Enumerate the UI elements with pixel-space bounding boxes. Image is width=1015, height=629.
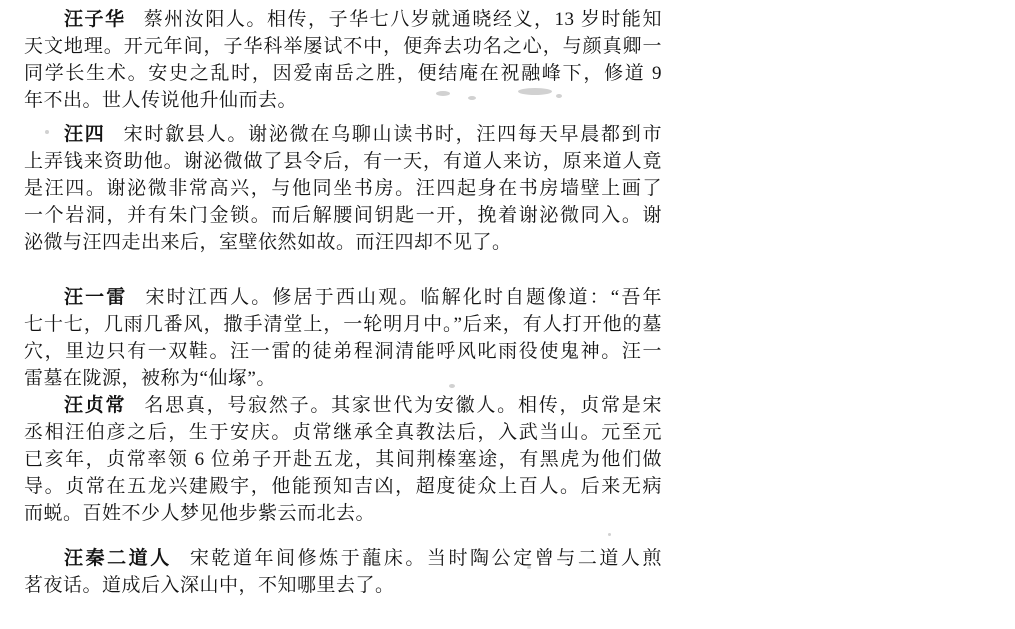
text-line: 而蜕。百姓不少人梦见他步紫云而北去。 (24, 500, 662, 527)
entry-paragraph: 汪贞常名思真，号寂然子。其家世代为安徽人。相传，贞常是宋丞相汪伯彦之后，生于安庆… (24, 392, 662, 527)
text-block: 汪子华蔡州汝阳人。相传，子华七八岁就通晓经义，13 岁时能知天文地理。开元年间，… (24, 6, 662, 599)
text-line: 雷墓在陇源，被称为“仙塚”。 (24, 365, 662, 392)
entry-body-text: 年不出。世人传说他升仙而去。 (24, 90, 297, 111)
entry-paragraph: 汪四宋时歙县人。谢泌微在乌聊山读书时，汪四每天早晨都到市上弄钱来资助他。谢泌微做… (24, 121, 662, 256)
scan-noise-speckle (45, 130, 49, 134)
entry-body-text: 一个岩洞，并有朱门金锁。而后解腰间钥匙一开，挽着谢泌微同入。谢 (24, 205, 662, 226)
entry-heading: 汪四 (64, 124, 106, 145)
entry-body-text: 穴，里边只有一双鞋。汪一雷的徒弟程洞清能呼风叱雨役使鬼神。汪一 (24, 341, 662, 362)
entry-heading: 汪一雷 (64, 287, 127, 308)
text-line: 穴，里边只有一双鞋。汪一雷的徒弟程洞清能呼风叱雨役使鬼神。汪一 (24, 338, 662, 365)
text-line: 汪四宋时歙县人。谢泌微在乌聊山读书时，汪四每天早晨都到市 (24, 121, 662, 148)
scan-noise-speckle (527, 566, 531, 569)
entry-body-text: 七十七，几雨几番风，撒手清堂上，一轮明月中。”后来，有人打开他的墓 (24, 314, 662, 335)
entry-paragraph: 汪秦二道人宋乾道年间修炼于蘢床。当时陶公定曾与二道人煎茗夜话。道成后入深山中，不… (24, 545, 662, 599)
entry-body-text: 丞相汪伯彦之后，生于安庆。贞常继承全真教法后，入武当山。元至元 (24, 422, 662, 443)
text-line: 天文地理。开元年间，子华科举屡试不中，便奔去功名之心，与颜真卿一 (24, 33, 662, 60)
entry-body-text: 名思真，号寂然子。其家世代为安徽人。相传，贞常是宋 (144, 395, 662, 416)
entry-body-text: 蔡州汝阳人。相传，子华七八岁就通晓经义，13 岁时能知 (144, 9, 662, 30)
scan-noise-speckle (518, 88, 552, 95)
entry-body-text: 而蜕。百姓不少人梦见他步紫云而北去。 (24, 503, 375, 524)
text-line: 茗夜话。道成后入深山中，不知哪里去了。 (24, 572, 662, 599)
entry-body-text: 是汪四。谢泌微非常高兴，与他同坐书房。汪四起身在书房墙壁上画了 (24, 178, 662, 199)
entry-body-text: 宋时江西人。修居于西山观。临解化时自题像道：“吾年 (146, 287, 663, 308)
text-line: 汪秦二道人宋乾道年间修炼于蘢床。当时陶公定曾与二道人煎 (24, 545, 662, 572)
entry-heading: 汪子华 (64, 9, 126, 30)
entry-body-text: 宋时歙县人。谢泌微在乌聊山读书时，汪四每天早晨都到市 (124, 124, 662, 145)
entry-body-text: 导。贞常在五龙兴建殿宇，他能预知吉凶，超度徒众上百人。后来无病 (24, 476, 662, 497)
entry-body-text: 天文地理。开元年间，子华科举屡试不中，便奔去功名之心，与颜真卿一 (24, 36, 662, 57)
entry-body-text: 上弄钱来资助他。谢泌微做了县令后，有一天，有道人来访，原来道人竟 (24, 151, 662, 172)
text-line: 同学长生术。安史之乱时，因爱南岳之胜，便结庵在祝融峰下，修道 9 (24, 60, 662, 87)
text-line: 丞相汪伯彦之后，生于安庆。贞常继承全真教法后，入武当山。元至元 (24, 419, 662, 446)
entry-body-text: 宋乾道年间修炼于蘢床。当时陶公定曾与二道人煎 (190, 548, 662, 569)
text-line: 汪一雷宋时江西人。修居于西山观。临解化时自题像道：“吾年 (24, 284, 662, 311)
scan-noise-speckle (556, 94, 562, 98)
text-line: 一个岩洞，并有朱门金锁。而后解腰间钥匙一开，挽着谢泌微同入。谢 (24, 202, 662, 229)
entry-body-text: 已亥年，贞常率领 6 位弟子开赴五龙，其间荆榛塞途，有黑虎为他们做 (24, 449, 662, 470)
text-line: 上弄钱来资助他。谢泌微做了县令后，有一天，有道人来访，原来道人竟 (24, 148, 662, 175)
text-line: 导。贞常在五龙兴建殿宇，他能预知吉凶，超度徒众上百人。后来无病 (24, 473, 662, 500)
entry-paragraph: 汪子华蔡州汝阳人。相传，子华七八岁就通晓经义，13 岁时能知天文地理。开元年间，… (24, 6, 662, 114)
entry-body-text: 雷墓在陇源，被称为“仙塚”。 (24, 368, 276, 389)
text-line: 七十七，几雨几番风，撒手清堂上，一轮明月中。”后来，有人打开他的墓 (24, 311, 662, 338)
text-line: 泌微与汪四走出来后，室壁依然如故。而汪四却不见了。 (24, 229, 662, 256)
scan-noise-speckle (436, 91, 450, 96)
entry-body-text: 泌微与汪四走出来后，室壁依然如故。而汪四却不见了。 (24, 232, 512, 253)
entry-body-text: 同学长生术。安史之乱时，因爱南岳之胜，便结庵在祝融峰下，修道 9 (24, 63, 662, 84)
text-line: 汪子华蔡州汝阳人。相传，子华七八岁就通晓经义，13 岁时能知 (24, 6, 662, 33)
entry-body-text: 茗夜话。道成后入深山中，不知哪里去了。 (24, 575, 395, 596)
scan-noise-speckle (396, 216, 399, 219)
text-line: 已亥年，贞常率领 6 位弟子开赴五龙，其间荆榛塞途，有黑虎为他们做 (24, 446, 662, 473)
entry-paragraph: 汪一雷宋时江西人。修居于西山观。临解化时自题像道：“吾年七十七，几雨几番风，撒手… (24, 284, 662, 392)
scan-noise-speckle (468, 96, 476, 100)
scanned-document-page: 汪子华蔡州汝阳人。相传，子华七八岁就通晓经义，13 岁时能知天文地理。开元年间，… (0, 0, 1015, 629)
text-line: 年不出。世人传说他升仙而去。 (24, 87, 662, 114)
scan-noise-speckle (449, 384, 455, 388)
text-line: 是汪四。谢泌微非常高兴，与他同坐书房。汪四起身在书房墙壁上画了 (24, 175, 662, 202)
text-line: 汪贞常名思真，号寂然子。其家世代为安徽人。相传，贞常是宋 (24, 392, 662, 419)
entry-heading: 汪贞常 (64, 395, 126, 416)
scan-noise-speckle (608, 533, 611, 536)
entry-heading: 汪秦二道人 (64, 548, 172, 569)
